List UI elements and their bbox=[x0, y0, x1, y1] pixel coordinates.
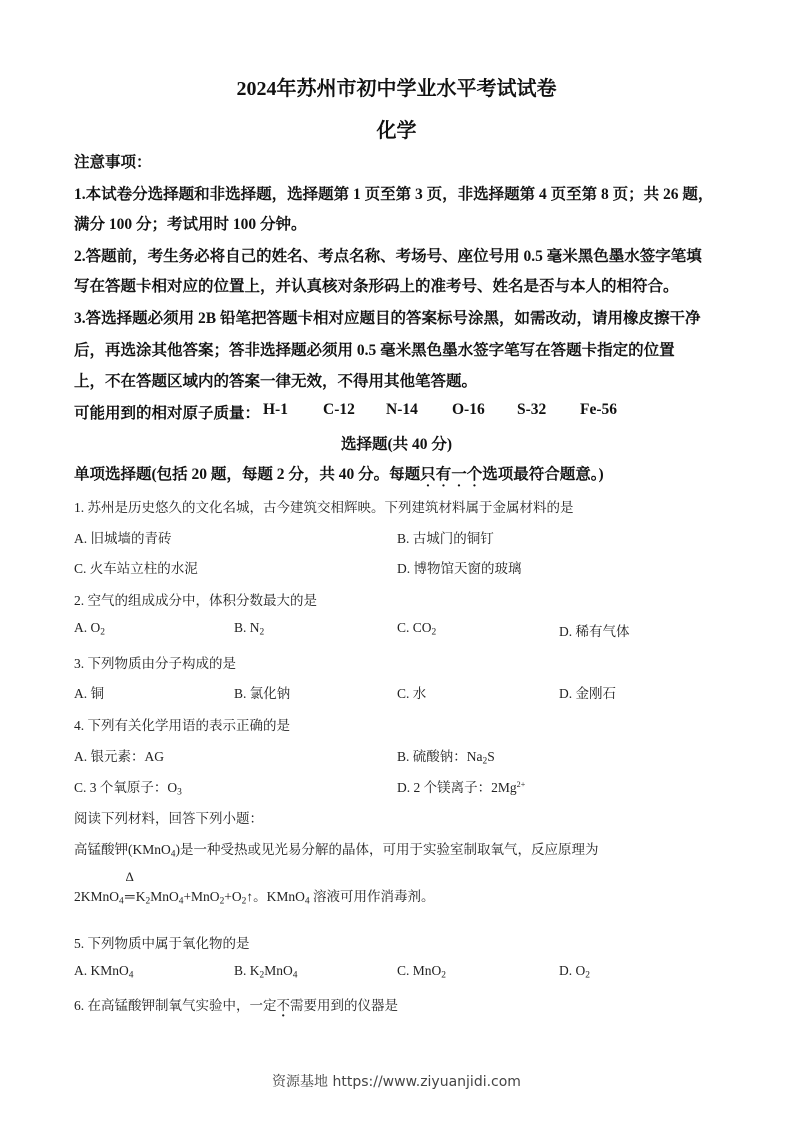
delta-heat-icon: Δ bbox=[124, 869, 136, 885]
atomic-mass-n: N-14 bbox=[386, 401, 418, 419]
question-1-option-c: C. 火车站立柱的水泥 bbox=[74, 557, 198, 577]
notice-item-2-line-1: 2.答题前，考生务必将自己的姓名、考点名称、考场号、座位号用 0.5 毫米黑色墨… bbox=[74, 244, 702, 266]
question-3-option-a: A. 铜 bbox=[74, 682, 104, 702]
atomic-mass-s: S-32 bbox=[517, 401, 546, 419]
watermark-footer: 资源基地 https://www.ziyuanjidi.com bbox=[0, 1071, 793, 1091]
question-3-option-b: B. 氯化钠 bbox=[234, 682, 290, 702]
atomic-mass-label: 可能用到的相对原子质量： bbox=[74, 401, 260, 423]
emphasis-char: 只 bbox=[420, 466, 436, 483]
question-3-option-c: C. 水 bbox=[397, 682, 426, 702]
notice-item-3-line-1: 3.答选择题必须用 2B 铅笔把答题卡相对应题目的答案标号涂黑，如需改动，请用橡… bbox=[74, 306, 700, 328]
question-4-stem: 4. 下列有关化学用语的表示正确的是 bbox=[74, 714, 290, 734]
question-1-option-a: A. 旧城墙的青砖 bbox=[74, 527, 172, 547]
exam-title: 2024年苏州市初中学业水平考试试卷 bbox=[0, 72, 793, 101]
question-3-stem: 3. 下列物质由分子构成的是 bbox=[74, 652, 236, 672]
question-4-option-c: C. 3 个氧原子：O3 bbox=[74, 776, 182, 797]
question-1-stem: 1. 苏州是历史悠久的文化名城，古今建筑交相辉映。下列建筑材料属于金属材料的是 bbox=[74, 496, 574, 516]
atomic-mass-h: H-1 bbox=[263, 401, 288, 419]
question-5-option-c: C. MnO2 bbox=[397, 963, 446, 980]
question-2-option-b: B. N2 bbox=[234, 620, 264, 637]
question-5-stem: 5. 下列物质中属于氧化物的是 bbox=[74, 932, 250, 952]
question-4-option-d: D. 2 个镁离子：2Mg2+ bbox=[397, 776, 525, 796]
question-1-option-b: B. 古城门的铜钉 bbox=[397, 527, 494, 547]
notice-item-3-line-2: 后，再选涂其他答案；答非选择题必须用 0.5 毫米黑色墨水签字笔写在答题卡指定的… bbox=[74, 338, 675, 360]
reading-paragraph: 高锰酸钾(KMnO4)是一种受热或见光易分解的晶体，可用于实验室制取氧气，反应原… bbox=[74, 838, 598, 859]
emphasis-char: 一 bbox=[451, 466, 467, 483]
atomic-mass-fe: Fe-56 bbox=[580, 401, 617, 419]
notice-item-1-line-1: 1.本试卷分选择题和非选择题，选择题第 1 页至第 3 页，非选择题第 4 页至… bbox=[74, 182, 713, 204]
reading-intro: 阅读下列材料，回答下列小题： bbox=[74, 807, 263, 827]
notice-heading: 注意事项： bbox=[74, 150, 152, 172]
emphasis-char: 不 bbox=[277, 998, 291, 1013]
reaction-equation: 2KMnO4Δ═K2MnO4+MnO2+O2↑。KMnO4 溶液可用作消毒剂。 bbox=[74, 885, 434, 906]
question-2-stem: 2. 空气的组成成分中，体积分数最大的是 bbox=[74, 589, 317, 609]
question-1-option-d: D. 博物馆天窗的玻璃 bbox=[397, 557, 522, 577]
emphasis-char: 个 bbox=[467, 466, 483, 483]
question-2-option-d: D. 稀有气体 bbox=[559, 620, 630, 640]
instruction-text-post: 选项最符合题意。) bbox=[482, 466, 603, 483]
question-2-option-c: C. CO2 bbox=[397, 620, 436, 637]
notice-item-3-line-3: 上，不在答题区域内的答案一律无效，不得用其他笔答题。 bbox=[74, 369, 477, 391]
section-title: 选择题(共 40 分) bbox=[0, 432, 793, 454]
question-3-option-d: D. 金刚石 bbox=[559, 682, 616, 702]
question-2-option-a: A. O2 bbox=[74, 620, 105, 637]
notice-item-1-line-2: 满分 100 分；考试用时 100 分钟。 bbox=[74, 212, 307, 234]
subject-title: 化学 bbox=[0, 114, 793, 143]
question-4-option-a: A. 银元素：AG bbox=[74, 745, 164, 765]
heat-condition-equals-sign: Δ═ bbox=[124, 889, 136, 905]
question-5-option-d: D. O2 bbox=[559, 963, 590, 980]
instruction-text-pre: 单项选择题(包括 20 题，每题 2 分，共 40 分。每题 bbox=[74, 466, 420, 483]
question-4-option-b: B. 硫酸钠：Na2S bbox=[397, 745, 495, 766]
section-instruction: 单项选择题(包括 20 题，每题 2 分，共 40 分。每题只有一个选项最符合题… bbox=[74, 462, 604, 484]
atomic-mass-o: O-16 bbox=[452, 401, 485, 419]
emphasis-char: 有 bbox=[436, 466, 452, 483]
atomic-mass-c: C-12 bbox=[323, 401, 355, 419]
notice-item-2-line-2: 写在答题卡相对应的位置上，并认真核对条形码上的准考号、姓名是否与本人的相符合。 bbox=[74, 274, 679, 296]
question-5-option-b: B. K2MnO4 bbox=[234, 963, 297, 980]
question-5-option-a: A. KMnO4 bbox=[74, 963, 133, 980]
question-6-stem: 6. 在高锰酸钾制氧气实验中，一定不需要用到的仪器是 bbox=[74, 994, 398, 1014]
